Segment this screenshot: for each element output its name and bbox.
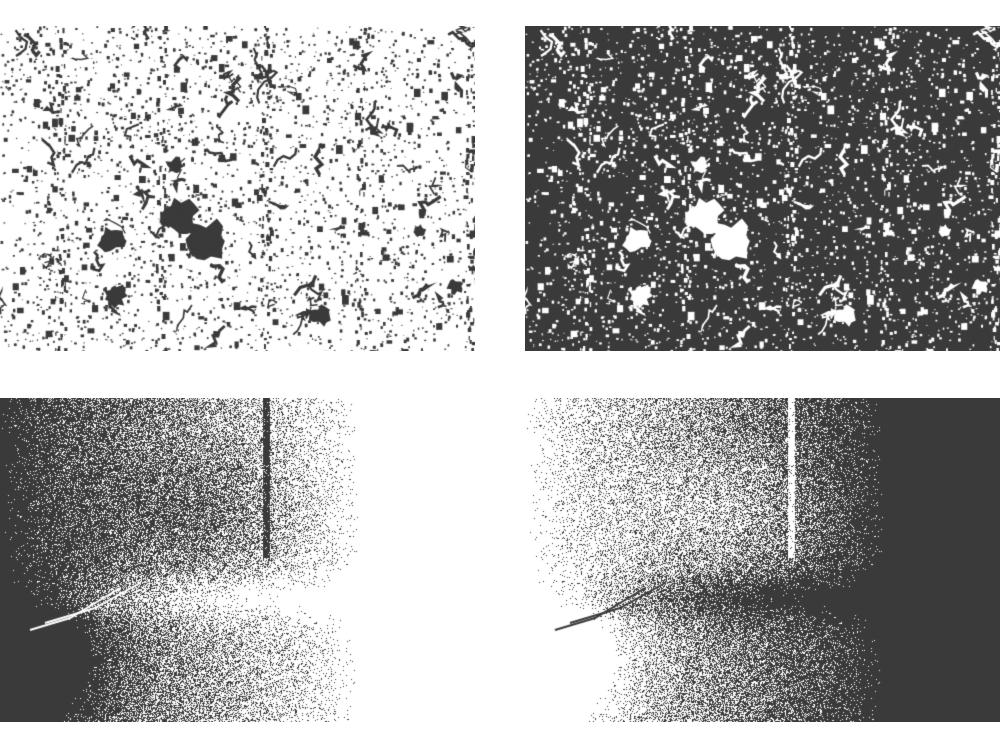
wall-texture-light-image xyxy=(0,26,475,351)
texture-panel-top-left xyxy=(0,26,475,351)
grain-texture-dark-image xyxy=(525,398,1000,722)
texture-panel-top-right xyxy=(525,26,1000,351)
grain-texture-light-image xyxy=(0,398,475,722)
texture-panel-bottom-right xyxy=(525,398,1000,722)
wall-texture-dark-image xyxy=(525,26,1000,351)
texture-panel-bottom-left xyxy=(0,398,475,722)
